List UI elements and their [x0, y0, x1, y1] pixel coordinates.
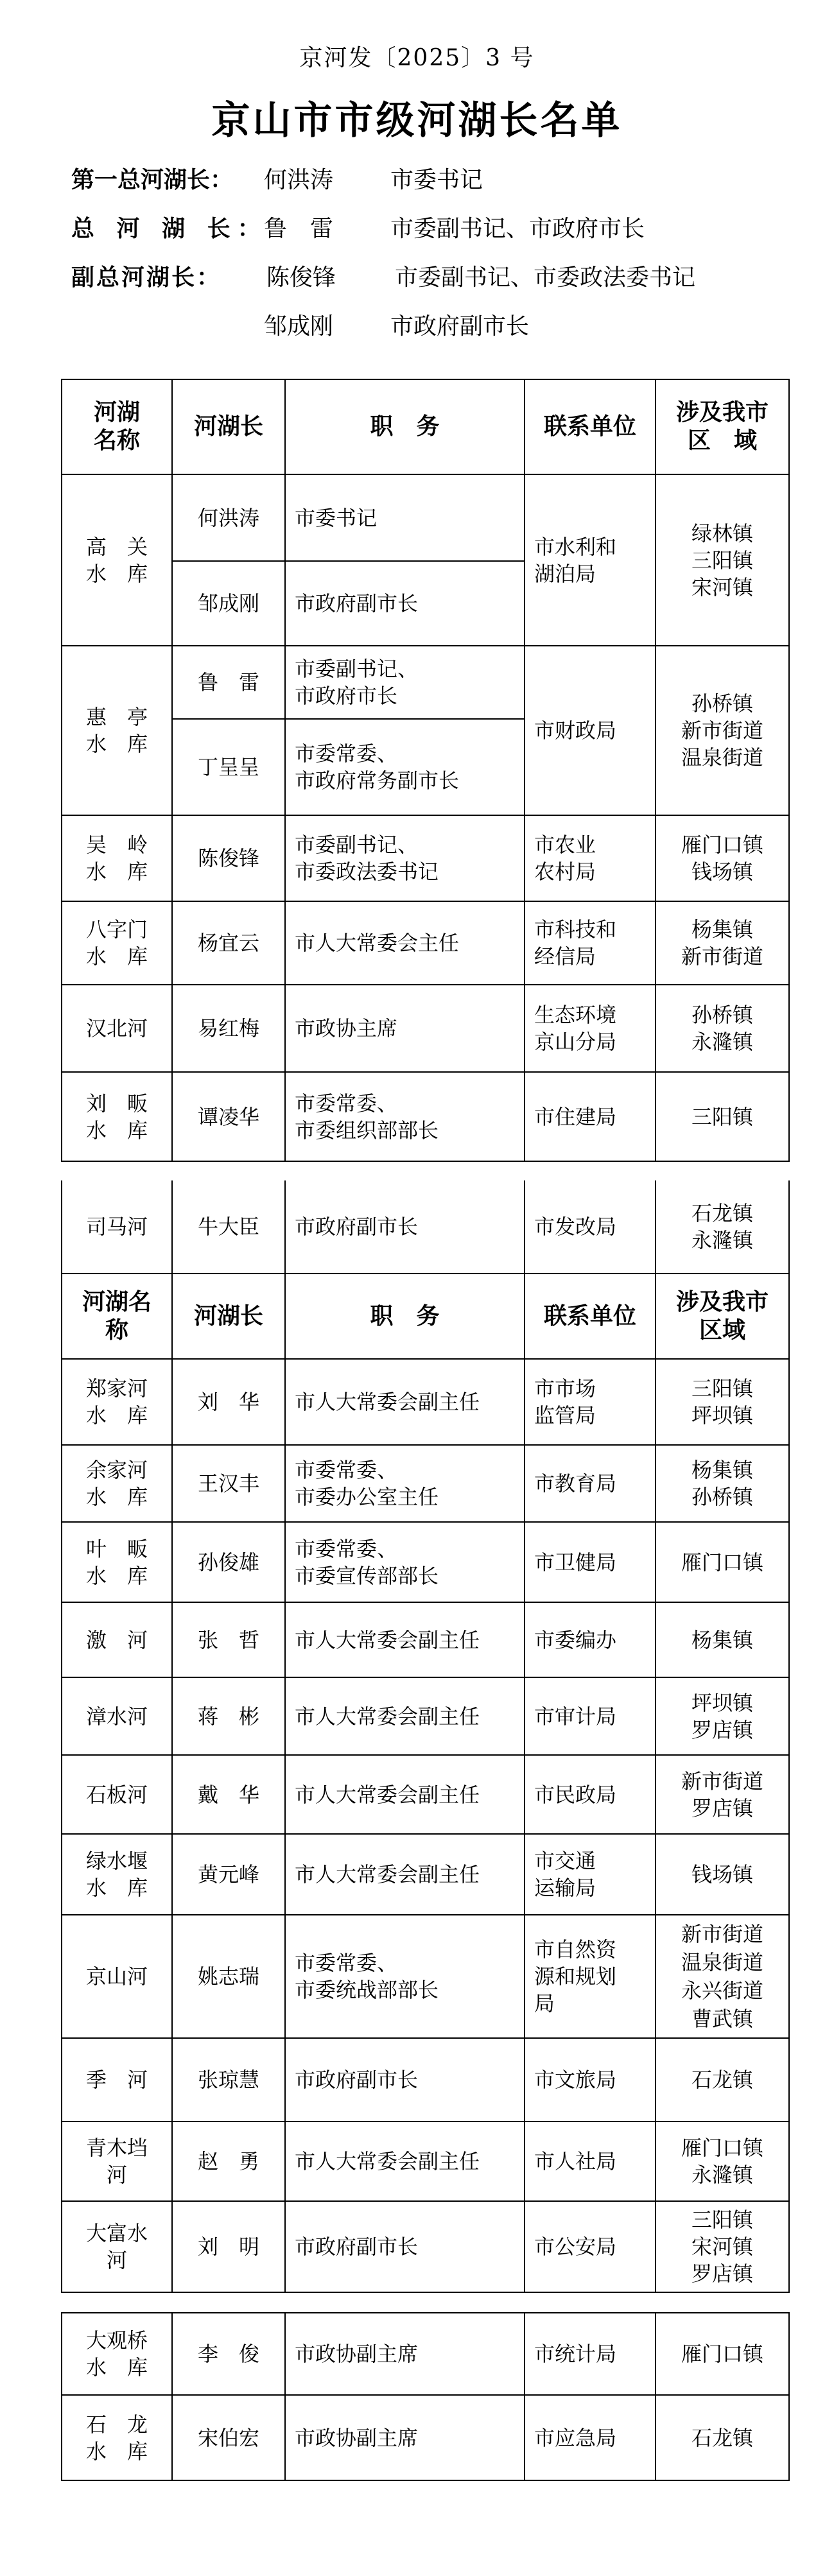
- chief-name: 王汉丰: [172, 1445, 285, 1522]
- chief-name: 李 俊: [172, 2313, 285, 2395]
- river-name: 绿水堰水 库: [62, 1834, 172, 1915]
- river-name: 叶 畈水 库: [62, 1522, 172, 1602]
- covered-area: 坪坝镇罗店镇: [656, 1677, 789, 1755]
- covered-area: 绿林镇三阳镇宋河镇: [656, 474, 789, 646]
- chief-duty: 市政府副市长: [285, 561, 525, 646]
- river-name: 激 河: [62, 1602, 172, 1677]
- river-name: 八字门水 库: [62, 901, 172, 985]
- covered-area: 新市街道温泉街道永兴街道曹武镇: [656, 1915, 789, 2038]
- chief-duty: 市人大常委会副主任: [285, 1677, 525, 1755]
- chief-name: 赵 勇: [172, 2122, 285, 2201]
- river-name: 石板河: [62, 1755, 172, 1834]
- document-number: 京河发〔2025〕3 号: [0, 40, 834, 73]
- covered-area: 雁门口镇永漋镇: [656, 2122, 789, 2201]
- chief-duty: 市委书记: [285, 474, 525, 561]
- chief-name: 张琼慧: [172, 2038, 285, 2122]
- chief-name: 黄元峰: [172, 1834, 285, 1915]
- header-duty: 职 务: [285, 1274, 525, 1359]
- liaison-unit: 市水利和湖泊局: [525, 474, 656, 646]
- header-area: 涉及我市区域: [656, 1274, 789, 1359]
- chief-duty: 市人大常委会副主任: [285, 1602, 525, 1677]
- river-name: 大观桥水 库: [62, 2313, 172, 2395]
- chief-duty: 市人大常委会副主任: [285, 1359, 525, 1445]
- leader-position: 市政府副市长: [390, 308, 529, 341]
- table-row: 司马河 牛大臣 市政府副市长 市发改局 石龙镇永漋镇: [62, 1180, 789, 1274]
- covered-area: 杨集镇新市街道: [656, 901, 789, 985]
- covered-area: 雁门口镇: [656, 2313, 789, 2395]
- river-name: 吴 岭水 库: [62, 815, 172, 901]
- leader-position: 市委副书记、市政府市长: [390, 211, 645, 243]
- leader-label: 第一总河湖长：: [71, 162, 233, 194]
- table-row: 漳水河 蒋 彬 市人大常委会副主任 市审计局 坪坝镇罗店镇: [62, 1677, 789, 1755]
- leader-position: 市委副书记、市委政法委书记: [395, 259, 695, 292]
- liaison-unit: 市民政局: [525, 1755, 656, 1834]
- liaison-unit: 市科技和经信局: [525, 901, 656, 985]
- liaison-unit: 市应急局: [525, 2395, 656, 2480]
- covered-area: 三阳镇坪坝镇: [656, 1359, 789, 1445]
- river-name: 高 关水 库: [62, 474, 172, 646]
- header-river-name: 河湖名称: [62, 1274, 172, 1359]
- river-name: 余家河水 库: [62, 1445, 172, 1522]
- chief-name: 杨宜云: [172, 901, 285, 985]
- covered-area: 三阳镇宋河镇罗店镇: [656, 2201, 789, 2292]
- header-unit: 联系单位: [525, 1274, 656, 1359]
- covered-area: 孙桥镇永漋镇: [656, 985, 789, 1072]
- table-row: 石 龙水 库 宋伯宏 市政协副主席 市应急局 石龙镇: [62, 2395, 789, 2480]
- table-row: 大富水河 刘 明 市政府副市长 市公安局 三阳镇宋河镇罗店镇: [62, 2201, 789, 2292]
- covered-area: 雁门口镇钱场镇: [656, 815, 789, 901]
- chief-duty: 市委常委、市委统战部部长: [285, 1915, 525, 2038]
- chief-name: 牛大臣: [172, 1180, 285, 1274]
- table-row: 汉北河 易红梅 市政协主席 生态环境京山分局 孙桥镇永漋镇: [62, 985, 789, 1072]
- river-name: 司马河: [62, 1180, 172, 1274]
- header-river-name: 河湖名称: [62, 379, 172, 474]
- header-unit: 联系单位: [525, 379, 656, 474]
- header-area: 涉及我市区 域: [656, 379, 789, 474]
- chief-table-page-2: 司马河 牛大臣 市政府副市长 市发改局 石龙镇永漋镇 河湖名称 河湖长 职 务 …: [61, 1180, 790, 2293]
- liaison-unit: 市住建局: [525, 1072, 656, 1161]
- chief-name: 姚志瑞: [172, 1915, 285, 2038]
- river-name: 刘 畈水 库: [62, 1072, 172, 1161]
- river-name: 惠 亭水 库: [62, 646, 172, 815]
- chief-duty: 市政府副市长: [285, 1180, 525, 1274]
- chief-duty: 市委常委、市委办公室主任: [285, 1445, 525, 1522]
- chief-name: 宋伯宏: [172, 2395, 285, 2480]
- chief-duty: 市政协副主席: [285, 2313, 525, 2395]
- chief-duty: 市委副书记、市委政法委书记: [285, 815, 525, 901]
- chief-duty: 市政协主席: [285, 985, 525, 1072]
- liaison-unit: 市教育局: [525, 1445, 656, 1522]
- liaison-unit: 市自然资源和规划局: [525, 1915, 656, 2038]
- chief-duty: 市委副书记、市政府市长: [285, 646, 525, 719]
- liaison-unit: 市文旅局: [525, 2038, 656, 2122]
- table-row: 高 关水 库 何洪涛 市委书记 市水利和湖泊局 绿林镇三阳镇宋河镇: [62, 474, 789, 561]
- covered-area: 孙桥镇新市街道温泉街道: [656, 646, 789, 815]
- liaison-unit: 市委编办: [525, 1602, 656, 1677]
- table-row: 刘 畈水 库 谭凌华 市委常委、市委组织部部长 市住建局 三阳镇: [62, 1072, 789, 1161]
- river-name: 汉北河: [62, 985, 172, 1072]
- header-chief: 河湖长: [172, 379, 285, 474]
- river-name: 大富水河: [62, 2201, 172, 2292]
- table-header-row: 河湖名称 河湖长 职 务 联系单位 涉及我市区 域: [62, 379, 789, 474]
- chief-duty: 市人大常委会副主任: [285, 2122, 525, 2201]
- leader-name: 鲁 雷: [264, 211, 333, 243]
- chief-name: 孙俊雄: [172, 1522, 285, 1602]
- chief-duty: 市委常委、市委组织部部长: [285, 1072, 525, 1161]
- covered-area: 杨集镇孙桥镇: [656, 1445, 789, 1522]
- table-row: 季 河 张琼慧 市政府副市长 市文旅局 石龙镇: [62, 2038, 789, 2122]
- river-name: 石 龙水 库: [62, 2395, 172, 2480]
- chief-duty: 市政府副市长: [285, 2038, 525, 2122]
- table-row: 石板河 戴 华 市人大常委会副主任 市民政局 新市街道罗店镇: [62, 1755, 789, 1834]
- liaison-unit: 市审计局: [525, 1677, 656, 1755]
- table-row: 青木垱河 赵 勇 市人大常委会副主任 市人社局 雁门口镇永漋镇: [62, 2122, 789, 2201]
- liaison-unit: 市交通运输局: [525, 1834, 656, 1915]
- chief-name: 刘 华: [172, 1359, 285, 1445]
- leader-name: 陈俊锋: [266, 259, 336, 292]
- covered-area: 三阳镇: [656, 1072, 789, 1161]
- river-name: 季 河: [62, 2038, 172, 2122]
- river-name: 漳水河: [62, 1677, 172, 1755]
- chief-name: 丁呈呈: [172, 719, 285, 815]
- chief-name: 刘 明: [172, 2201, 285, 2292]
- liaison-unit: 市发改局: [525, 1180, 656, 1274]
- covered-area: 石龙镇: [656, 2038, 789, 2122]
- table-row: 余家河水 库 王汉丰 市委常委、市委办公室主任 市教育局 杨集镇孙桥镇: [62, 1445, 789, 1522]
- chief-name: 鲁 雷: [172, 646, 285, 719]
- covered-area: 石龙镇永漋镇: [656, 1180, 789, 1274]
- liaison-unit: 生态环境京山分局: [525, 985, 656, 1072]
- covered-area: 钱场镇: [656, 1834, 789, 1915]
- liaison-unit: 市统计局: [525, 2313, 656, 2395]
- chief-name: 戴 华: [172, 1755, 285, 1834]
- table-row: 叶 畈水 库 孙俊雄 市委常委、市委宣传部部长 市卫健局 雁门口镇: [62, 1522, 789, 1602]
- table-row: 绿水堰水 库 黄元峰 市人大常委会副主任 市交通运输局 钱场镇: [62, 1834, 789, 1915]
- covered-area: 石龙镇: [656, 2395, 789, 2480]
- chief-duty: 市人大常委会主任: [285, 901, 525, 985]
- covered-area: 新市街道罗店镇: [656, 1755, 789, 1834]
- table-row: 八字门水 库 杨宜云 市人大常委会主任 市科技和经信局 杨集镇新市街道: [62, 901, 789, 985]
- liaison-unit: 市公安局: [525, 2201, 656, 2292]
- table-header-row-repeat: 河湖名称 河湖长 职 务 联系单位 涉及我市区域: [62, 1274, 789, 1359]
- chief-name: 谭凌华: [172, 1072, 285, 1161]
- table-row: 京山河 姚志瑞 市委常委、市委统战部部长 市自然资源和规划局 新市街道温泉街道永…: [62, 1915, 789, 2038]
- chief-duty: 市政府副市长: [285, 2201, 525, 2292]
- chief-duty: 市委常委、市委宣传部部长: [285, 1522, 525, 1602]
- chief-name: 张 哲: [172, 1602, 285, 1677]
- chief-name: 易红梅: [172, 985, 285, 1072]
- header-duty: 职 务: [285, 379, 525, 474]
- river-name: 京山河: [62, 1915, 172, 2038]
- page-title: 京山市市级河湖长名单: [0, 90, 834, 145]
- liaison-unit: 市市场监管局: [525, 1359, 656, 1445]
- leader-label: 副总河湖长：: [71, 259, 222, 292]
- chief-duty: 市人大常委会副主任: [285, 1755, 525, 1834]
- river-name: 郑家河水 库: [62, 1359, 172, 1445]
- covered-area: 杨集镇: [656, 1602, 789, 1677]
- covered-area: 雁门口镇: [656, 1522, 789, 1602]
- chief-duty: 市政协副主席: [285, 2395, 525, 2480]
- table-row: 惠 亭水 库 鲁 雷 市委副书记、市政府市长 市财政局 孙桥镇新市街道温泉街道: [62, 646, 789, 719]
- river-name: 青木垱河: [62, 2122, 172, 2201]
- header-chief: 河湖长: [172, 1274, 285, 1359]
- chief-table-page-1: 河湖名称 河湖长 职 务 联系单位 涉及我市区 域 高 关水 库 何洪涛 市委书…: [61, 379, 790, 1162]
- liaison-unit: 市农业农村局: [525, 815, 656, 901]
- liaison-unit: 市财政局: [525, 646, 656, 815]
- chief-duty: 市委常委、市政府常务副市长: [285, 719, 525, 815]
- chief-name: 蒋 彬: [172, 1677, 285, 1755]
- table-row: 激 河 张 哲 市人大常委会副主任 市委编办 杨集镇: [62, 1602, 789, 1677]
- chief-name: 陈俊锋: [172, 815, 285, 901]
- leader-name: 邹成刚: [264, 308, 333, 341]
- table-row: 郑家河水 库 刘 华 市人大常委会副主任 市市场监管局 三阳镇坪坝镇: [62, 1359, 789, 1445]
- chief-duty: 市人大常委会副主任: [285, 1834, 525, 1915]
- table-row: 大观桥水 库 李 俊 市政协副主席 市统计局 雁门口镇: [62, 2313, 789, 2395]
- chief-table-page-3: 大观桥水 库 李 俊 市政协副主席 市统计局 雁门口镇 石 龙水 库 宋伯宏 市…: [61, 2312, 790, 2481]
- chief-name: 何洪涛: [172, 474, 285, 561]
- leader-position: 市委书记: [390, 162, 483, 194]
- liaison-unit: 市人社局: [525, 2122, 656, 2201]
- leader-name: 何洪涛: [264, 162, 333, 194]
- liaison-unit: 市卫健局: [525, 1522, 656, 1602]
- table-row: 吴 岭水 库 陈俊锋 市委副书记、市委政法委书记 市农业农村局 雁门口镇钱场镇: [62, 815, 789, 901]
- chief-name: 邹成刚: [172, 561, 285, 646]
- leader-label: 总 河 湖 长：: [71, 211, 268, 243]
